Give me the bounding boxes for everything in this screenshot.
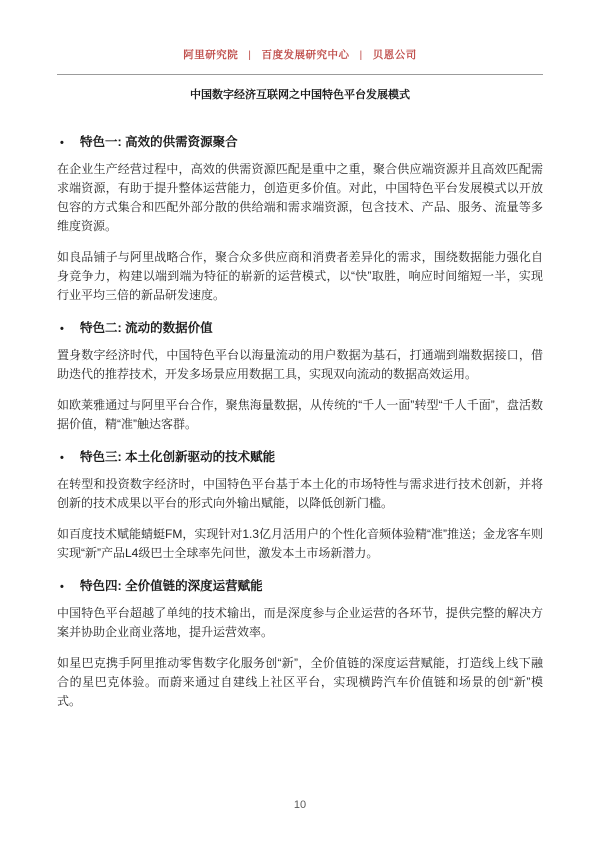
bullet-icon: •	[57, 581, 80, 593]
paragraph: 如星巴克携手阿里推动零售数字化服务创“新”，全价值链的深度运营赋能，打造线上线下…	[57, 654, 543, 711]
section-heading-text: 特色四: 全价值链的深度运营赋能	[80, 576, 263, 594]
document-body: • 特色一: 高效的供需资源聚合 在企业生产经营过程中，高效的供需资源匹配是重中…	[57, 132, 543, 711]
bullet-icon: •	[57, 323, 80, 335]
section-heading-text: 特色二: 流动的数据价值	[80, 318, 213, 336]
org-name-bain: 贝恩公司	[373, 49, 417, 61]
header-divider	[57, 74, 543, 75]
page-number: 10	[0, 799, 600, 811]
paragraph: 在企业生产经营过程中，高效的供需资源匹配是重中之重，聚合供应端资源并且高效匹配需…	[57, 160, 543, 236]
paragraph: 置身数字经济时代，中国特色平台以海量流动的用户数据为基石，打通端到端数据接口，借…	[57, 346, 543, 384]
document-page: 阿里研究院|百度发展研究中心|贝恩公司 中国数字经济互联网之中国特色平台发展模式…	[0, 0, 600, 848]
section-heading: • 特色四: 全价值链的深度运营赋能	[57, 576, 543, 594]
section-heading: • 特色一: 高效的供需资源聚合	[57, 132, 543, 150]
paragraph: 中国特色平台超越了单纯的技术输出，而是深度参与企业运营的各环节，提供完整的解决方…	[57, 604, 543, 642]
org-separator: |	[360, 49, 363, 61]
section-feature-1: • 特色一: 高效的供需资源聚合 在企业生产经营过程中，高效的供需资源匹配是重中…	[57, 132, 543, 305]
section-heading: • 特色三: 本土化创新驱动的技术赋能	[57, 447, 543, 465]
org-name-ali: 阿里研究院	[183, 49, 238, 61]
section-heading-text: 特色一: 高效的供需资源聚合	[80, 132, 238, 150]
section-feature-2: • 特色二: 流动的数据价值 置身数字经济时代，中国特色平台以海量流动的用户数据…	[57, 318, 543, 434]
section-heading-text: 特色三: 本土化创新驱动的技术赋能	[80, 447, 275, 465]
section-feature-4: • 特色四: 全价值链的深度运营赋能 中国特色平台超越了单纯的技术输出，而是深度…	[57, 576, 543, 711]
paragraph: 如百度技术赋能蜻蜓FM，实现针对1.3亿月活用户的个性化音频体验精“准”推送；金…	[57, 525, 543, 563]
section-feature-3: • 特色三: 本土化创新驱动的技术赋能 在转型和投资数字经济时，中国特色平台基于…	[57, 447, 543, 563]
paragraph: 在转型和投资数字经济时，中国特色平台基于本土化的市场特性与需求进行技术创新，并将…	[57, 475, 543, 513]
org-separator: |	[248, 49, 251, 61]
bullet-icon: •	[57, 137, 80, 149]
org-name-baidu: 百度发展研究中心	[262, 49, 350, 61]
header-orgs: 阿里研究院|百度发展研究中心|贝恩公司	[57, 0, 543, 62]
bullet-icon: •	[57, 452, 80, 464]
paragraph: 如良品铺子与阿里战略合作，聚合众多供应商和消费者差异化的需求，围绕数据能力强化自…	[57, 248, 543, 305]
paragraph: 如欧莱雅通过与阿里平台合作，聚焦海量数据，从传统的“千人一面”转型“千人千面”，…	[57, 396, 543, 434]
section-heading: • 特色二: 流动的数据价值	[57, 318, 543, 336]
document-subtitle: 中国数字经济互联网之中国特色平台发展模式	[57, 86, 543, 102]
